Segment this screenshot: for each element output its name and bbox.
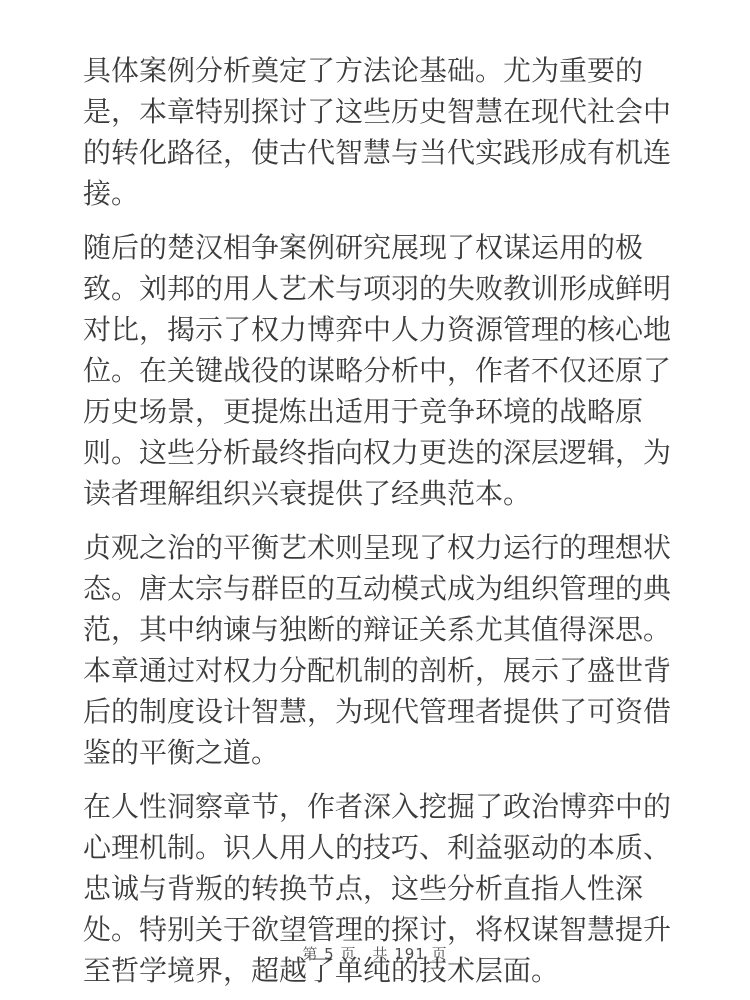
paragraph-3: 贞观之治的平衡艺术则呈现了权力运行的理想状态。唐太宗与群臣的互动模式成为组织管理… — [83, 527, 683, 773]
page-footer: 第 5 页，共 191 页 — [0, 943, 750, 964]
paragraph-1: 具体案例分析奠定了方法论基础。尤为重要的是，本章特别探讨了这些历史智慧在现代社会… — [83, 50, 683, 214]
page-content: 具体案例分析奠定了方法论基础。尤为重要的是，本章特别探讨了这些历史智慧在现代社会… — [83, 50, 683, 1000]
paragraph-2: 随后的楚汉相争案例研究展现了权谋运用的极致。刘邦的用人艺术与项羽的失败教训形成鲜… — [83, 227, 683, 514]
page-number-label: 第 5 页，共 191 页 — [302, 945, 447, 963]
document-page: 具体案例分析奠定了方法论基础。尤为重要的是，本章特别探讨了这些历史智慧在现代社会… — [0, 0, 750, 1000]
